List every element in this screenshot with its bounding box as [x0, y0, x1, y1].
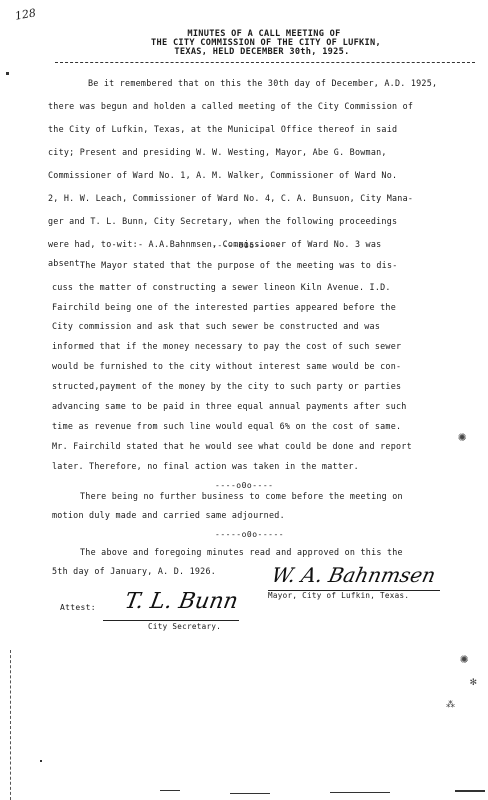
secretary-signature: T. L. Bunn [123, 589, 240, 614]
ink-blot: ✺ [458, 429, 466, 445]
paragraph-2-line: structed,payment of the money by the cit… [52, 381, 401, 391]
scan-speck [330, 792, 390, 793]
section-separator: ----o0o---- [215, 481, 273, 490]
scan-margin-artifact [10, 650, 12, 800]
scan-speck [160, 790, 180, 791]
ink-blot: ✺ [460, 651, 468, 667]
mayor-signature: W. A. Bahnmsen [269, 563, 437, 587]
paragraph-1-line: Be it remembered that on this the 30th d… [88, 78, 437, 88]
paragraph-2-line: City commission and ask that such sewer … [52, 321, 380, 331]
paragraph-3-line: There being no further business to come … [80, 491, 403, 501]
paragraph-2-line: Mr. Fairchild stated that he would see w… [52, 441, 412, 451]
secretary-caption: City Secretary. [148, 622, 221, 631]
scan-speck [40, 760, 42, 762]
paragraph-1-line: the City of Lufkin, Texas, at the Munici… [48, 124, 397, 134]
ink-blot: ⁂ [446, 700, 455, 710]
mayor-caption: Mayor, City of Lufkin, Texas. [268, 591, 409, 600]
paragraph-4-line: 5th day of January, A. D. 1926. [52, 566, 216, 576]
section-separator: -----o0o----- [212, 241, 281, 250]
paragraph-4-line: The above and foregoing minutes read and… [80, 547, 403, 557]
paragraph-2-line: cuss the matter of constructing a sewer … [52, 282, 391, 292]
paragraph-1-line: Commissioner of Ward No. 1, A. M. Walker… [48, 170, 397, 180]
paragraph-2-line: advancing same to be paid in three equal… [52, 401, 407, 411]
page-number: 128 [14, 6, 37, 22]
paragraph-1-line: ger and T. L. Bunn, City Secretary, when… [48, 216, 397, 226]
document-page: 128 MINUTES OF A CALL MEETING OF THE CIT… [0, 0, 488, 800]
paragraph-1-line: 2, H. W. Leach, Commissioner of Ward No.… [48, 193, 413, 203]
section-separator: -----o0o----- [215, 530, 284, 539]
title-line-3: TEXAS, HELD DECEMBER 30th, 1925. [18, 48, 488, 57]
paragraph-2-line: would be furnished to the city without i… [52, 361, 401, 371]
attest-label: Attest: [60, 603, 96, 612]
paragraph-2-line: later. Therefore, no final action was ta… [52, 461, 359, 471]
paragraph-1-line: there was begun and holden a called meet… [48, 101, 413, 111]
paragraph-2-line: informed that if the money necessary to … [52, 341, 401, 351]
paragraph-2-line: time as revenue from such line would equ… [52, 421, 401, 431]
scan-speck [6, 72, 9, 75]
paragraph-1-line: city; Present and presiding W. W. Westin… [48, 147, 387, 157]
scan-speck [230, 793, 270, 794]
scan-speck [455, 790, 485, 792]
title-divider [55, 62, 475, 63]
paragraph-2-line: The Mayor stated that the purpose of the… [80, 260, 398, 270]
paragraph-2-line: Fairchild being one of the interested pa… [52, 302, 396, 312]
paragraph-3-line: motion duly made and carried same adjour… [52, 510, 285, 520]
ink-blot: ✻ [470, 675, 477, 688]
secretary-signature-line [103, 620, 239, 621]
